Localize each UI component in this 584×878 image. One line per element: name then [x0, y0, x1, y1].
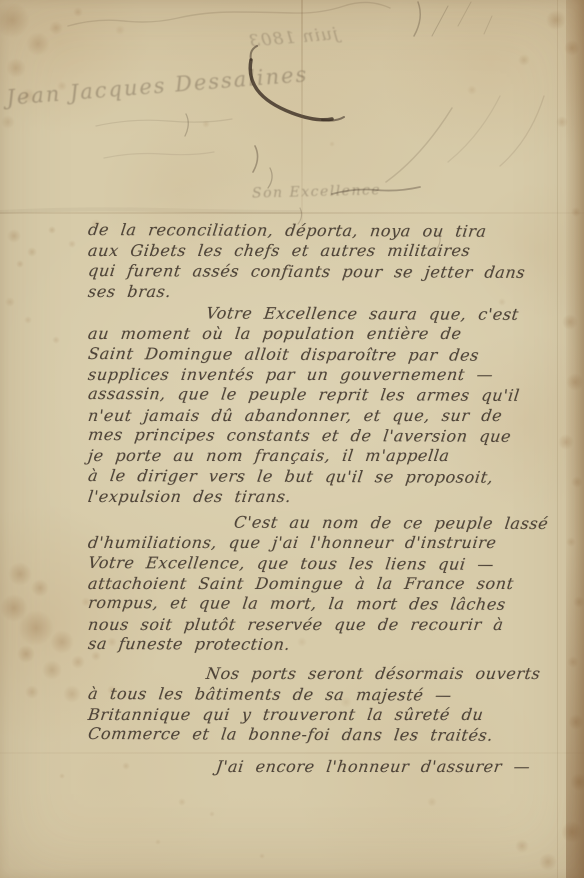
letter-line: à le diriger vers le but qu'il se propos…	[87, 466, 575, 488]
letter-line: l'expulsion des tirans.	[87, 487, 575, 507]
letter-line: C'est au nom de ce peuple lassé	[87, 512, 575, 534]
letter-line: Votre Excellence saura que, c'est	[87, 303, 575, 325]
letter-line: Votre Excellence, que tous les liens qui…	[87, 553, 575, 575]
letter-line: aux Gibets les chefs et autres militaire…	[87, 241, 575, 261]
bleedthrough-signature: Jean Jacques Dessalines	[6, 62, 310, 110]
letter-line: Britannique qui y trouveront la sûreté d…	[87, 705, 575, 725]
closing-line: J'ai encore l'honneur d'assurer —	[215, 756, 576, 778]
letter-line: Nos ports seront désormais ouverts	[87, 664, 575, 684]
letter-text-block: de la reconciliation, déporta, noya ou t…	[88, 221, 574, 778]
letter-line: rompus, et que la mort, la mort des lâch…	[87, 593, 575, 615]
letter-line: supplices inventés par un gouvernement —	[87, 365, 575, 385]
letter-line: nous soit plutôt reservée que de recouri…	[87, 615, 575, 635]
letter-line: d'humiliations, que j'ai l'honneur d'ins…	[87, 533, 575, 553]
fold-crease-vertical	[301, 0, 303, 238]
fold-crease-horizontal	[0, 212, 584, 214]
letter-line: qui furent assés confiants pour se jette…	[87, 261, 575, 283]
flourish-stroke	[250, 46, 344, 121]
letter-line: assassin, que le peuple reprit les armes…	[87, 384, 575, 406]
letter-line: ses bras.	[87, 282, 575, 302]
bleed-squiggles-group	[0, 2, 544, 250]
letter-line: n'eut jamais dû abandonner, et que, sur …	[87, 406, 575, 426]
bleedthrough-salutation: Son Excellence	[252, 182, 381, 201]
letter-line: mes principes constants et de l'aversion…	[87, 425, 575, 447]
letter-body: de la reconciliation, déporta, noya ou t…	[88, 221, 574, 745]
letter-line: au moment où la population entière de	[87, 324, 575, 344]
letter-line: attachoient Saint Domingue à la France s…	[87, 574, 575, 594]
letter-line: sa funeste protection.	[87, 634, 575, 656]
letter-page: Jean Jacques Dessalines juin 1803 Son Ex…	[0, 0, 584, 878]
letter-line: Commerce et la bonne-foi dans les traité…	[87, 724, 575, 746]
bleedthrough-date: juin 1803	[247, 24, 339, 52]
letter-line: Saint Domingue alloit disparoître par de…	[87, 344, 575, 366]
letter-line: de la reconciliation, déporta, noya ou t…	[87, 220, 575, 242]
letter-line: à tous les bâtiments de sa majesté —	[87, 683, 575, 705]
letter-line: je porte au nom français, il m'appella	[87, 446, 575, 466]
